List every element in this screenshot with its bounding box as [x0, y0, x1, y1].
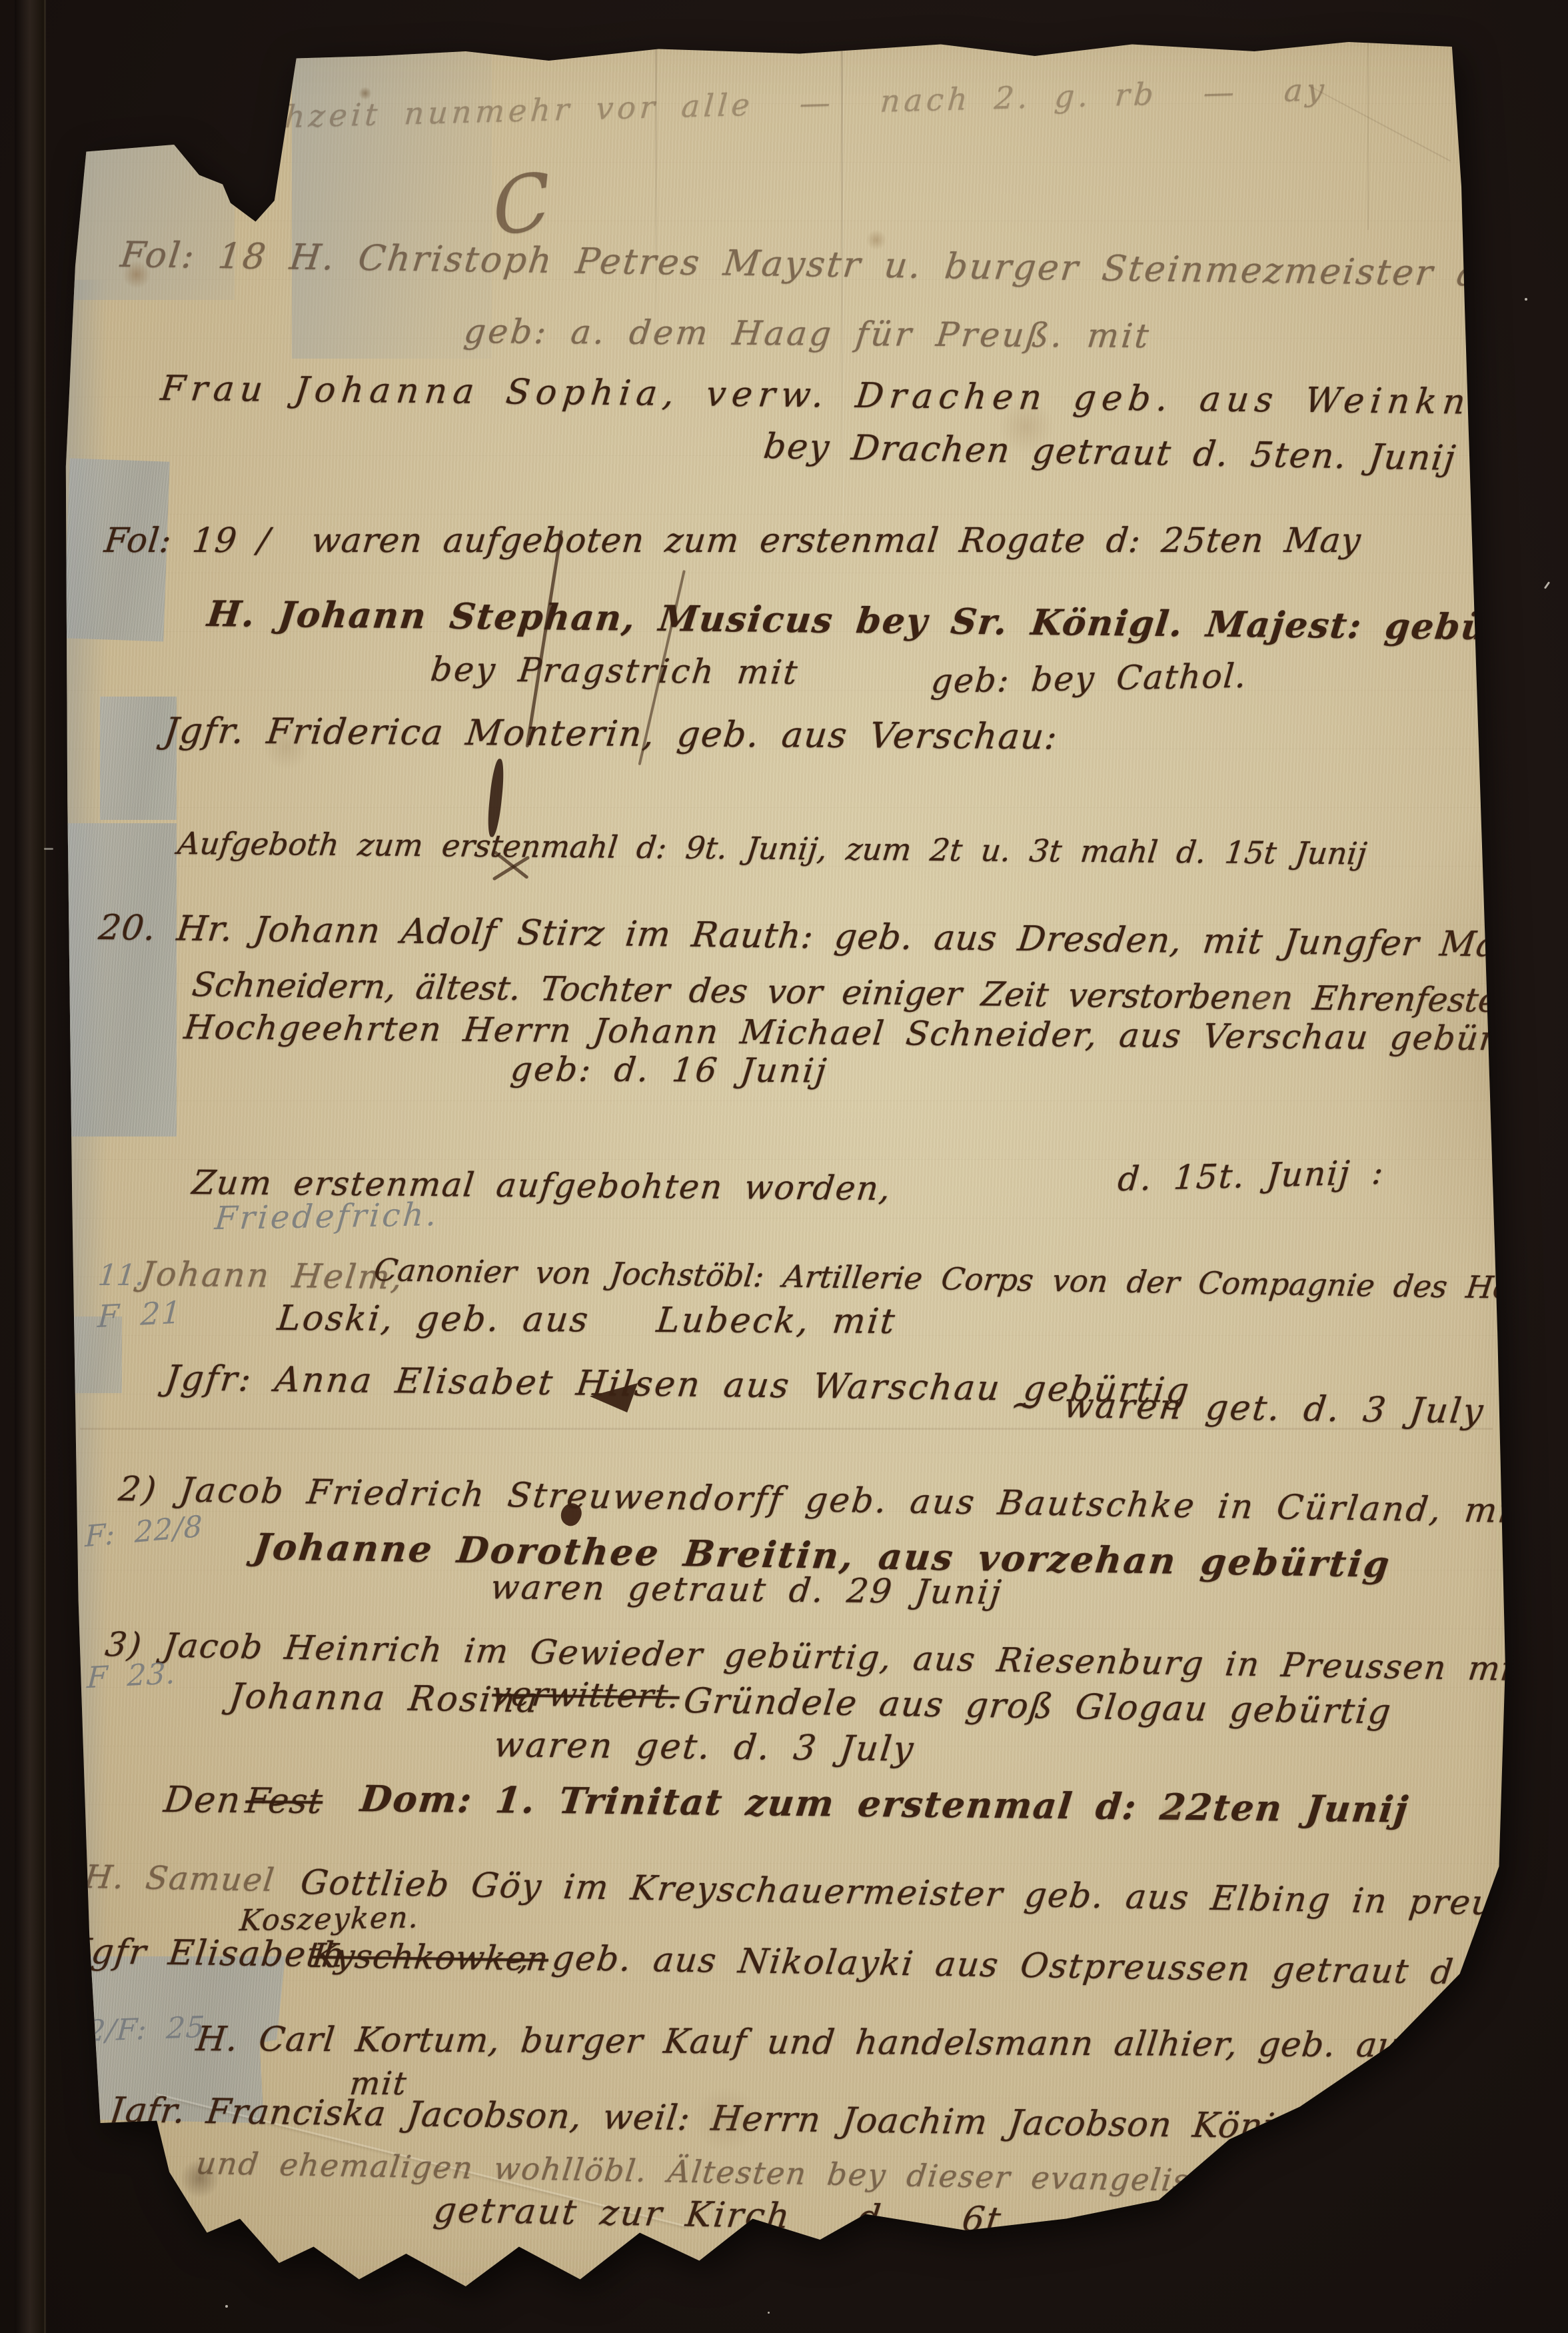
pencil-f25: 2/F: 25 — [85, 2010, 206, 2048]
entry24-line1: Gottlieb Göy im Kreyschauermeister geb. … — [299, 1863, 1568, 1926]
ink-smear — [486, 758, 506, 837]
entry25-line2: Jgfr. Franciska Jacobson, weil: Herrn Jo… — [107, 2090, 1568, 2151]
entry24-koszeyken: Koszeyken. — [239, 1900, 421, 1938]
trinitat-struck: Fest — [243, 1781, 325, 1822]
entry19-line1: Fol: 19 / waren aufgeboten zum erstenmal… — [103, 521, 1363, 561]
entry18-line1: Fol: 18 H. Christoph Petres Maystr u. bu… — [119, 235, 1568, 296]
entry19-line4: geb: bey Cathol. — [930, 657, 1249, 701]
entry21-name: Johann Helm, — [139, 1254, 406, 1296]
entry19-line3: bey Pragstrich mit — [428, 650, 801, 692]
aufgebot2-date: d. 15t. Junij : — [1116, 1153, 1385, 1199]
entry23-name2: Gründele aus groß Glogau gebürtig — [682, 1681, 1394, 1732]
repair-patch — [100, 697, 177, 820]
trinitat-den: Den — [162, 1778, 244, 1821]
vertical-crease — [1367, 43, 1369, 230]
entry19-line5: Jgfr. Friderica Monterin, geb. aus Versc… — [162, 711, 1060, 757]
entry20-line1: 20. Hr. Johann Adolf Stirz im Rauth: geb… — [97, 908, 1568, 968]
entry24-struck: Kyschkowken — [310, 1936, 550, 1978]
vertical-crease — [655, 40, 657, 360]
entry18-line3: Frau Johanna Sophia, verw. Drachen geb. … — [159, 369, 1568, 423]
entry25-date: Jul: — [1122, 2212, 1191, 2253]
entry22-date: waren getraut d. 29 Junij — [488, 1568, 1005, 1612]
top-fragment: hzeit nunmehr vor alle — nach 2. g. rb —… — [284, 71, 1329, 135]
entry20-line4: geb: d. 16 Junij — [509, 1050, 830, 1090]
entry23-struck: verwittert. — [490, 1674, 682, 1716]
entry24-prefix: H. Samuel — [82, 1858, 277, 1899]
photograph: hzeit nunmehr vor alle — nach 2. g. rb —… — [0, 0, 1568, 2333]
aufgebot-line: Aufgeboth zum erstenmahl d: 9t. Junij, z… — [176, 825, 1369, 872]
tissue-wash-leftedge — [61, 280, 108, 2093]
entry21-line2: Loski, geb. aus Lubeck, mit — [275, 1298, 898, 1342]
corner-wrinkle — [1309, 85, 1451, 161]
trinitat-line: Dom: 1. Trinitat zum erstenmal d: 22ten … — [359, 1777, 1411, 1830]
entry21-date: ~ waren get. d. 3 July — [1008, 1385, 1487, 1432]
repair-patch — [67, 823, 177, 1137]
paper-wrapper: hzeit nunmehr vor alle — nach 2. g. rb —… — [0, 0, 1568, 2333]
entry18-line2: geb: a. dem Haag für Preuß. mit — [462, 312, 1153, 355]
manuscript-page: hzeit nunmehr vor alle — nach 2. g. rb —… — [0, 0, 1568, 2333]
pencil-friedrich: Friedefrich. — [213, 1196, 440, 1237]
entry25-line3: und ehemaligen wohllöbl. Ältesten bey di… — [194, 2145, 1431, 2202]
entry25-line1: H. Carl Kortum, burger Kauf und handelsm… — [194, 2020, 1555, 2066]
entry24-name: Jgfr Elisabeth — [74, 1932, 348, 1976]
entry18-line4: bey Drachen getraut d. 5ten. Junij — [762, 427, 1459, 479]
entry24-line2: , geb. aus Nikolayki aus Ostpreussen get… — [516, 1938, 1568, 1994]
entry22-line1: 2) Jacob Friedrich Streuwendorff geb. au… — [117, 1470, 1568, 1534]
entry25-line4: getraut zur Kirch d. 6t. — [432, 2190, 1018, 2240]
entry19-line2: H. Johann Stephan, Musicus bey Sr. König… — [205, 593, 1568, 651]
pencil-f23: F 23. — [86, 1656, 177, 1695]
entry23-date: waren get. d. 3 July — [492, 1725, 917, 1770]
pencil-f21: F 21 — [97, 1294, 183, 1334]
pencil-f22: F: 22/8 — [85, 1510, 203, 1554]
